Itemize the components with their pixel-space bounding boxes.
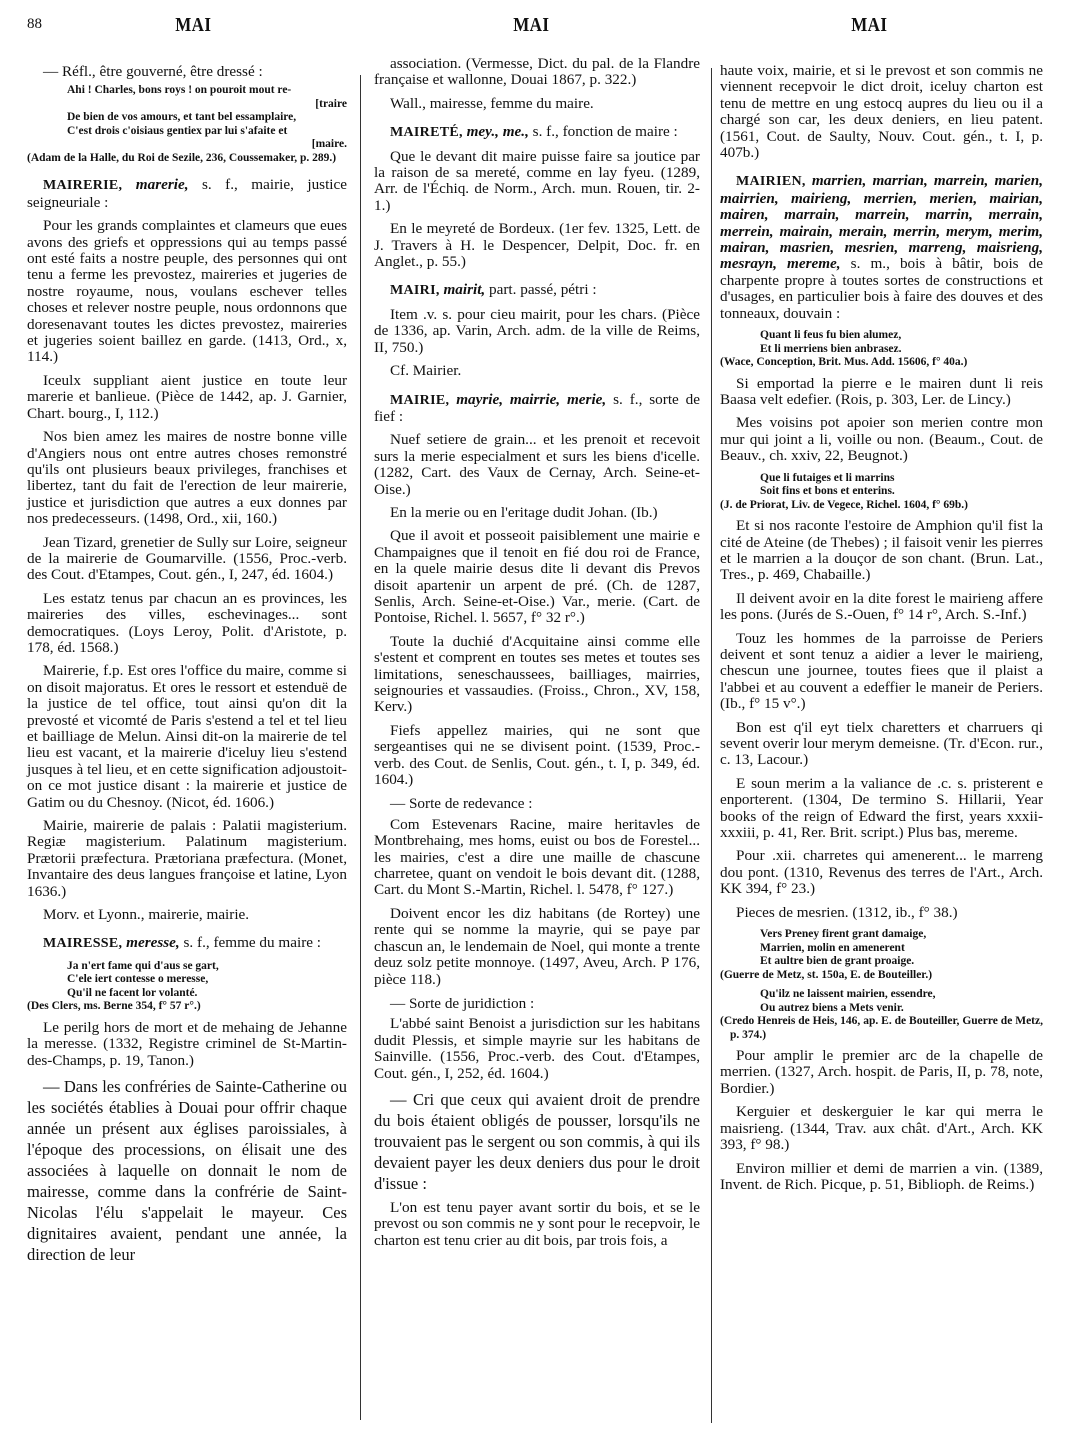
verse-quotation: Quant li feus fu bien alumez,Et li merri…	[720, 329, 1043, 370]
citation-paragraph: Pour amplir le premier arc de la chapell…	[720, 1048, 1043, 1097]
commentary-paragraph: — Cri que ceux qui avaient droit de pren…	[374, 1089, 700, 1194]
running-head-left: MAI	[175, 14, 211, 37]
dictionary-entry: MAIRIEN, marrien, marrian, marrein, mari…	[720, 173, 1043, 322]
citation-paragraph: haute voix, mairie, et si le prevost et …	[720, 63, 1043, 161]
verse-line: Marrien, molin en amenerent	[720, 942, 1043, 956]
dictionary-entry: MAIRERIE, marerie, s. f., mairie, justic…	[27, 177, 347, 211]
citation-paragraph: Mairie, mairerie de palais : Palatii mag…	[27, 818, 347, 900]
citation-paragraph: Fiefs appellez mairies, qui ne sont que …	[374, 723, 700, 789]
citation-paragraph: Iceulx suppliant aient justice en toute …	[27, 373, 347, 422]
citation-paragraph: En le meyreté de Bordeux. (1er fev. 1325…	[374, 221, 700, 270]
citation-paragraph: En la merie ou en l'eritage dudit Johan.…	[374, 505, 700, 521]
dictionary-entry: MAIRI, mairit, part. passé, pétri :	[374, 282, 700, 299]
citation-paragraph: Item .v. s. pour cieu mairit, pour les c…	[374, 307, 700, 356]
sense-heading: — Sorte de juridiction :	[374, 996, 700, 1012]
citation-paragraph: Pour les grands complaintes et clameurs …	[27, 218, 347, 366]
verse-line: Ou autrez biens a Mets venir.	[720, 1002, 1043, 1016]
verse-line: Qu'ilz ne laissent mairien, essendre,	[720, 988, 1043, 1002]
citation-paragraph: Wall., mairesse, femme du maire.	[374, 96, 700, 112]
citation-paragraph: Bon est q'il eyt tielx charetters et cha…	[720, 720, 1043, 769]
running-head-right: MAI	[851, 14, 887, 37]
headword: MAIRIEN,	[736, 174, 806, 189]
definition: s. f., fonction de maire :	[533, 123, 678, 140]
citation-paragraph: Touz les hommes de la parroisse de Perie…	[720, 631, 1043, 713]
citation-paragraph: Mes voisins pot apoier son merien contre…	[720, 415, 1043, 464]
verse-line: Quant li feus fu bien alumez,	[720, 329, 1043, 343]
verse-line: C'est drois c'oisiaus gentiex par lui s'…	[27, 125, 347, 139]
citation-paragraph: Nuef setiere de grain... et les prenoit …	[374, 432, 700, 498]
verse-line: C'ele iert contesse o meresse,	[27, 973, 347, 987]
verse-quotation: Ahi ! Charles, bons roys ! on pouroit mo…	[27, 84, 347, 165]
verse-quotation: Que li futaiges et li marrinsSoit fins e…	[720, 472, 1043, 513]
column-3: haute voix, mairie, et si le prevost et …	[720, 63, 1043, 1200]
sense-heading: — Réfl., être gouverné, être dressé :	[27, 64, 347, 80]
citation-paragraph: Pour .xii. charretes qui amenerent... le…	[720, 848, 1043, 897]
verse-line: Vers Preney firent grant damaige,	[720, 928, 1043, 942]
citation-paragraph: Morv. et Lyonn., mairerie, mairie.	[27, 907, 347, 923]
column-divider	[360, 75, 361, 1420]
citation-source: (Des Clers, ms. Berne 354, f° 57 r°.)	[27, 1000, 347, 1014]
verse-line: Ja n'ert fame qui d'aus se gart,	[27, 960, 347, 974]
citation-paragraph: Pieces de mesrien. (1312, ib., f° 38.)	[720, 905, 1043, 921]
verse-line: Et li merriens bien anbrasez.	[720, 343, 1043, 357]
citation-source: (Wace, Conception, Brit. Mus. Add. 15606…	[720, 356, 1043, 370]
citation-source: (Adam de la Halle, du Roi de Sezile, 236…	[27, 152, 347, 166]
page-header: 88 MAI MAI MAI	[0, 0, 1078, 40]
column-divider	[711, 68, 712, 1423]
verse-line: [maire.	[27, 138, 347, 152]
variant-forms: marerie,	[136, 176, 189, 193]
verse-line: Qu'il ne facent lor volanté.	[27, 987, 347, 1001]
citation-paragraph: Il deivent avoir en la dite forest le ma…	[720, 591, 1043, 624]
citation-paragraph: Les estatz tenus par chacun an es provin…	[27, 591, 347, 657]
citation-paragraph: L'on est tenu payer avant sortir du bois…	[374, 1200, 700, 1249]
citation-paragraph: Com Estevenars Racine, maire heritavles …	[374, 817, 700, 899]
dictionary-entry: MAIRIE, mayrie, mairrie, merie, s. f., s…	[374, 392, 700, 426]
verse-line: Et aultre bien de grant proaige.	[720, 955, 1043, 969]
sense-heading: — Sorte de redevance :	[374, 796, 700, 812]
definition: s. f., femme du maire :	[184, 934, 322, 951]
headword: MAIRI,	[390, 283, 440, 298]
variant-forms: mey., me.,	[467, 123, 529, 140]
column-1: — Réfl., être gouverné, être dressé :Ahi…	[27, 56, 347, 1271]
variant-forms: mairit,	[443, 281, 485, 298]
citation-paragraph: Jean Tizard, grenetier de Sully sur Loir…	[27, 535, 347, 584]
citation-paragraph: Si emportad la pierre e le mairen dunt l…	[720, 376, 1043, 409]
verse-line: De bien de vos amours, et tant bel essam…	[27, 111, 347, 125]
citation-paragraph: Que il avoit et posseoit paisiblement un…	[374, 528, 700, 626]
verse-line: [traire	[27, 98, 347, 112]
commentary-paragraph: — Dans les confréries de Sainte-Catherin…	[27, 1076, 347, 1265]
citation-paragraph: association. (Vermesse, Dict. du pal. de…	[374, 56, 700, 89]
citation-source: (Guerre de Metz, st. 150a, E. de Bouteil…	[720, 969, 1043, 983]
dictionary-entry: MAIRESSE, meresse, s. f., femme du maire…	[27, 935, 347, 952]
citation-paragraph: E soun merim a la valiance de .c. s. pri…	[720, 776, 1043, 842]
citation-paragraph: Cf. Mairier.	[374, 363, 700, 379]
headword: MAIRERIE,	[43, 178, 122, 193]
verse-quotation: Qu'ilz ne laissent mairien, essendre,Ou …	[720, 988, 1043, 1042]
variant-forms: meresse,	[126, 934, 180, 951]
citation-paragraph: Kerguier et deskerguier le kar qui merra…	[720, 1104, 1043, 1153]
citation-paragraph: Que le devant dit maire puisse faire sa …	[374, 149, 700, 215]
citation-paragraph: Le perilg hors de mort et de mehaing de …	[27, 1020, 347, 1069]
variant-forms: mayrie, mairrie, merie,	[456, 391, 606, 408]
page-number: 88	[27, 16, 42, 33]
citation-paragraph: Toute la duchié d'Acquitaine ainsi comme…	[374, 634, 700, 716]
headword: MAIRETÉ,	[390, 125, 463, 140]
citation-paragraph: Doivent encor les diz habitans (de Rorte…	[374, 906, 700, 988]
running-head-center: MAI	[513, 14, 549, 37]
headword: MAIRIE,	[390, 393, 449, 408]
citation-paragraph: Et si nos raconte l'estoire de Amphion q…	[720, 518, 1043, 584]
definition: part. passé, pétri :	[489, 281, 597, 298]
verse-line: Ahi ! Charles, bons roys ! on pouroit mo…	[27, 84, 347, 98]
citation-paragraph: Environ millier et demi de marrien a vin…	[720, 1161, 1043, 1194]
column-2: association. (Vermesse, Dict. du pal. de…	[374, 56, 700, 1256]
citation-paragraph: Nos bien amez les maires de nostre bonne…	[27, 429, 347, 527]
citation-paragraph: L'abbé saint Benoist a jurisdiction sur …	[374, 1016, 700, 1082]
citation-source: (Credo Henreis de Heis, 146, ap. E. de B…	[720, 1015, 1043, 1042]
verse-line: Que li futaiges et li marrins	[720, 472, 1043, 486]
verse-quotation: Ja n'ert fame qui d'aus se gart,C'ele ie…	[27, 960, 347, 1014]
citation-paragraph: Mairerie, f.p. Est ores l'office du mair…	[27, 663, 347, 811]
dictionary-entry: MAIRETÉ, mey., me., s. f., fonction de m…	[374, 124, 700, 141]
headword: MAIRESSE,	[43, 936, 122, 951]
citation-source: (J. de Priorat, Liv. de Vegece, Richel. …	[720, 499, 1043, 513]
verse-quotation: Vers Preney firent grant damaige,Marrien…	[720, 928, 1043, 982]
verse-line: Soit fins et bons et enterins.	[720, 485, 1043, 499]
